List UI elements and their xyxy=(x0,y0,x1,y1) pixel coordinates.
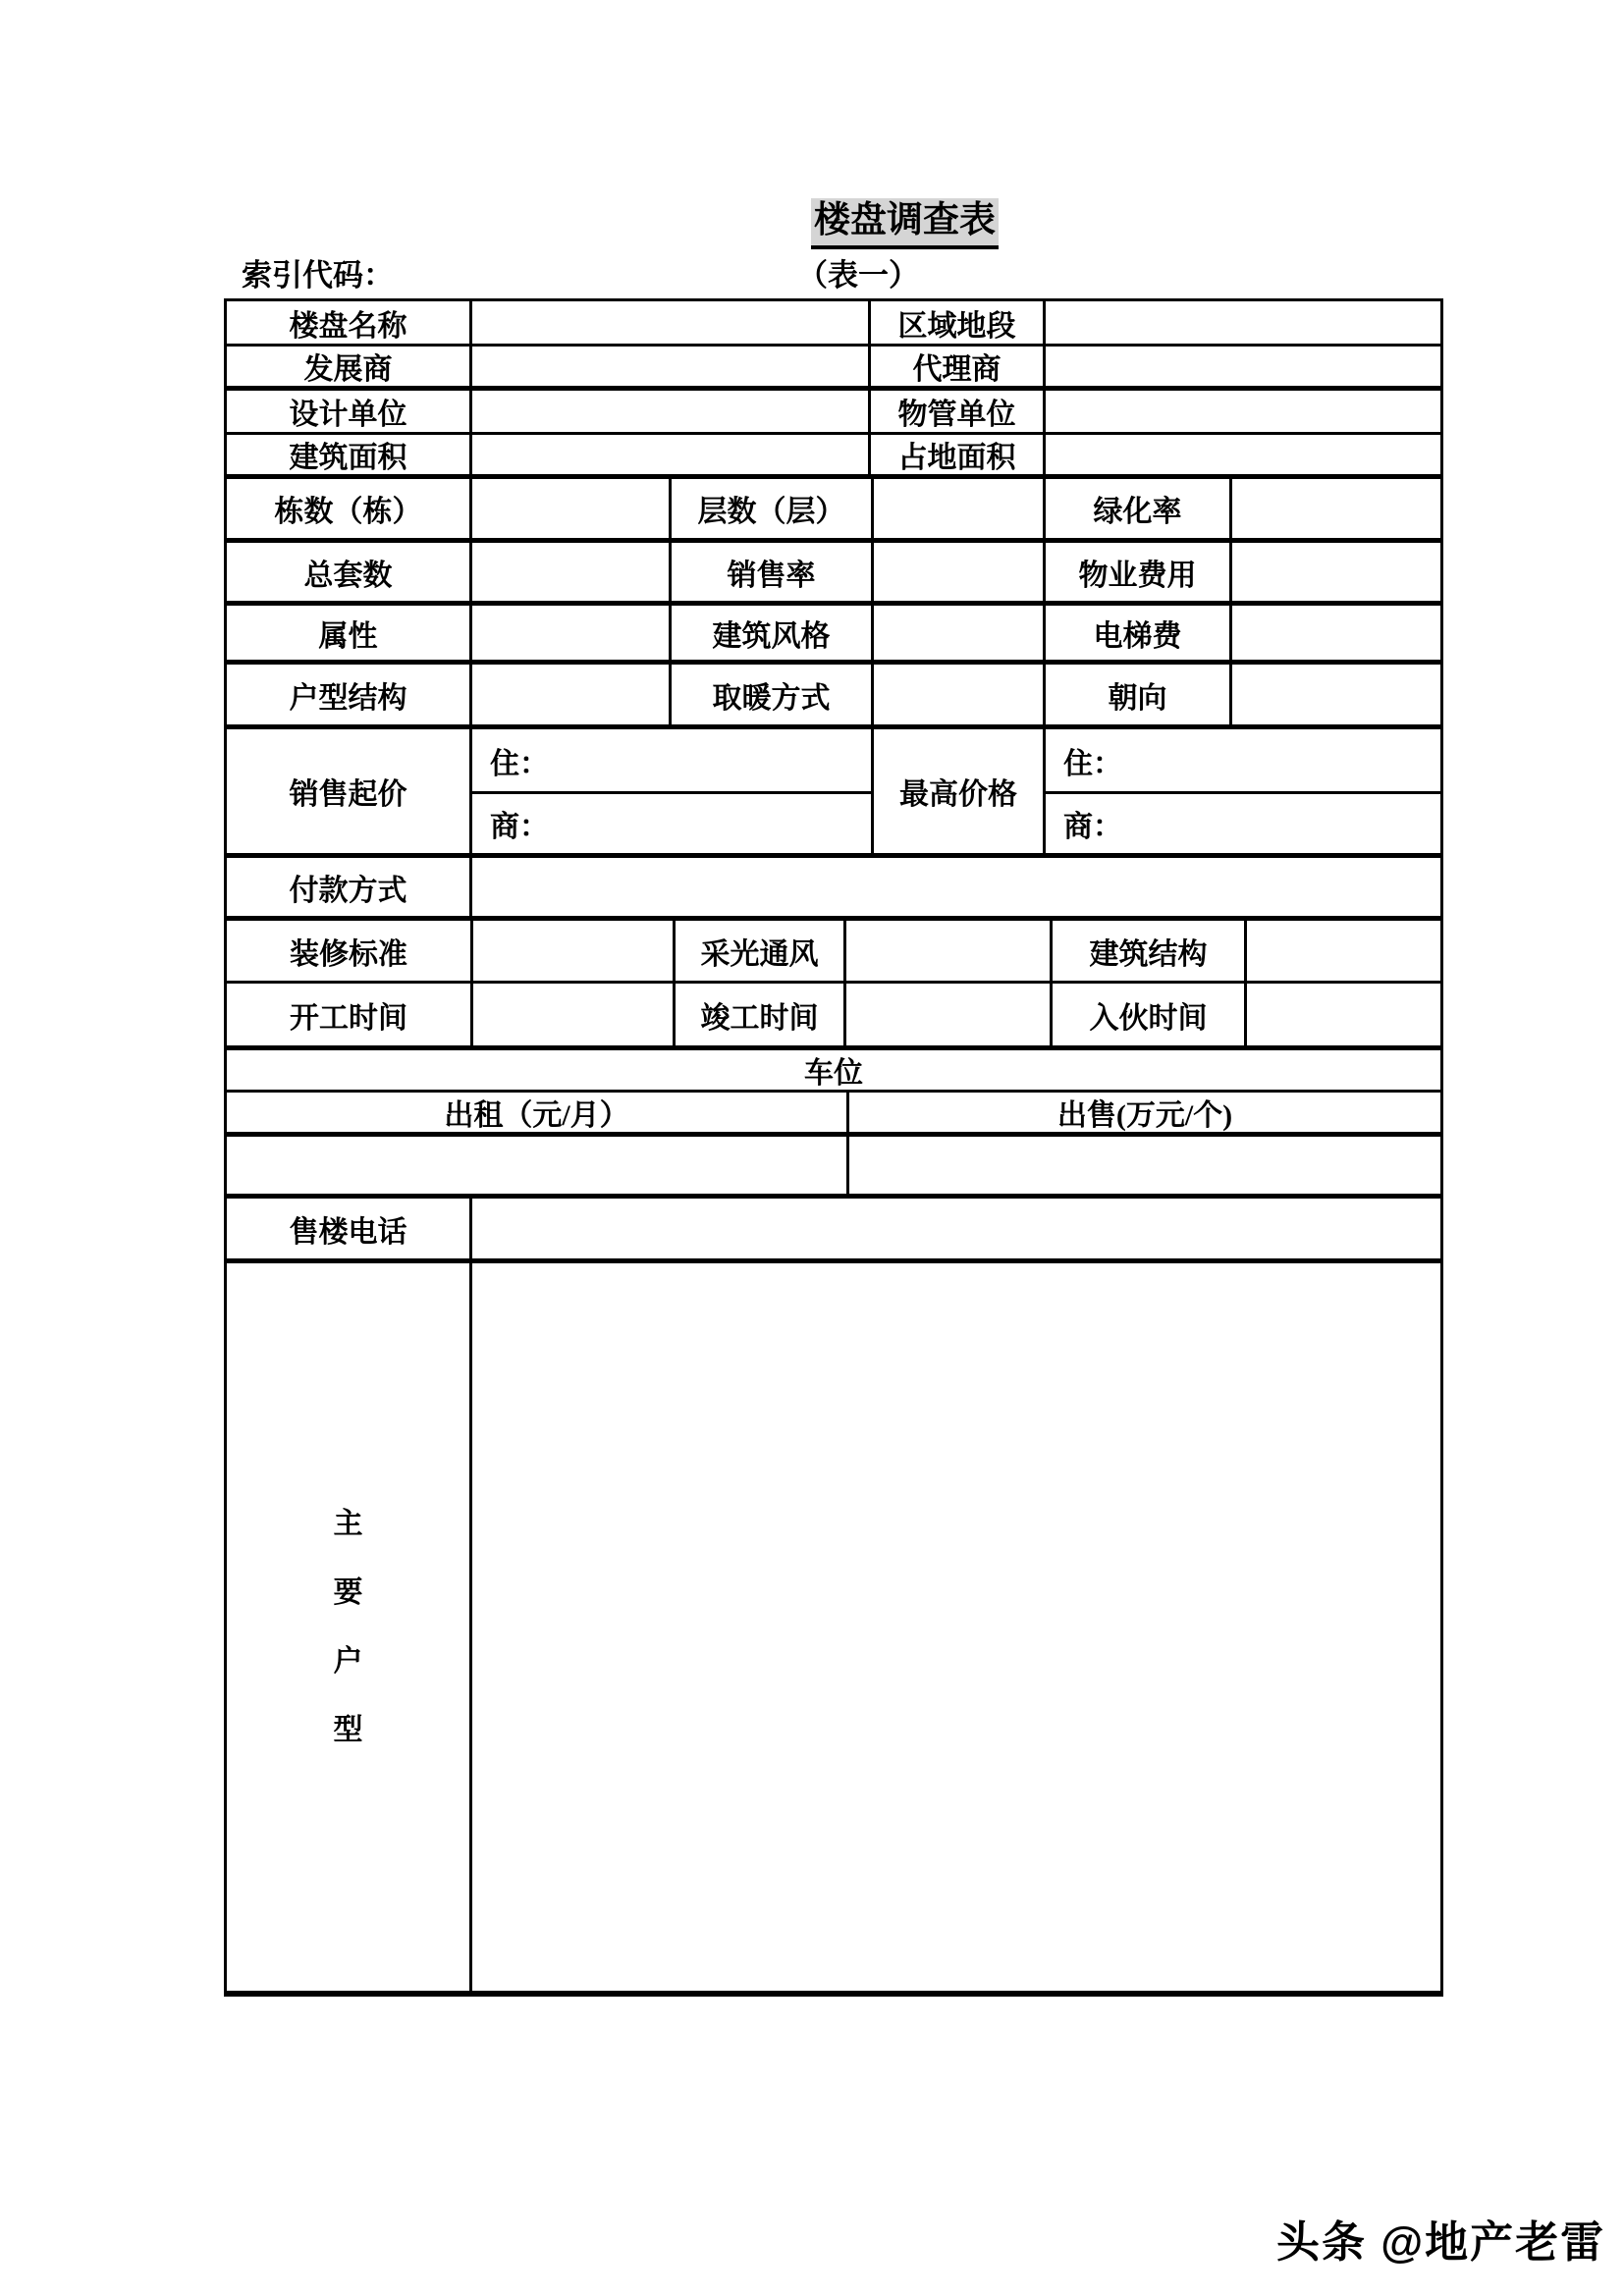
starting-price-residential: 住： xyxy=(472,729,871,794)
label-decoration-standard: 装修标准 xyxy=(227,921,473,981)
index-code-label: 索引代码： xyxy=(242,257,394,294)
label-start-date: 开工时间 xyxy=(227,984,473,1045)
label-sales-phone: 售楼电话 xyxy=(227,1199,472,1258)
label-district: 区域地段 xyxy=(871,301,1046,344)
value-num-buildings xyxy=(472,479,672,538)
value-total-units xyxy=(472,543,672,601)
label-payment-method: 付款方式 xyxy=(227,858,472,916)
label-lighting-ventilation: 采光通风 xyxy=(676,921,846,981)
table-row: 栋数（栋） 层数（层） 绿化率 xyxy=(227,479,1440,543)
label-completion-date: 竣工时间 xyxy=(676,984,846,1045)
label-building-area: 建筑面积 xyxy=(227,435,472,474)
starting-price-cells: 住： 商： xyxy=(472,729,874,853)
label-num-floors: 层数（层） xyxy=(672,479,874,538)
label-occupancy-date: 入伙时间 xyxy=(1053,984,1247,1045)
table-row: 户型结构 取暖方式 朝向 xyxy=(227,665,1440,729)
label-property-fee: 物业费用 xyxy=(1046,543,1232,601)
page-title: 楼盘调查表 xyxy=(811,198,999,249)
parking-subheader-row: 出租（元/月） 出售(万元/个) xyxy=(227,1093,1440,1137)
value-district xyxy=(1046,301,1440,344)
value-building-area xyxy=(472,435,871,474)
value-agent xyxy=(1046,347,1440,386)
label-green-rate: 绿化率 xyxy=(1046,479,1232,538)
label-starting-price: 销售起价 xyxy=(227,729,472,853)
label-elevator-fee: 电梯费 xyxy=(1046,606,1232,660)
value-start-date xyxy=(473,984,676,1045)
value-unit-structure xyxy=(472,665,672,724)
value-green-rate xyxy=(1232,479,1440,538)
value-completion-date xyxy=(846,984,1053,1045)
table-row: 总套数 销售率 物业费用 xyxy=(227,543,1440,606)
label-heating: 取暖方式 xyxy=(672,665,874,724)
highest-price-commercial: 商： xyxy=(1046,794,1440,853)
label-orientation: 朝向 xyxy=(1046,665,1232,724)
label-building-name: 楼盘名称 xyxy=(227,301,472,344)
label-property-mgmt: 物管单位 xyxy=(871,391,1046,432)
value-arch-style xyxy=(874,606,1046,660)
label-main-unit-types: 主 要 户 型 xyxy=(227,1263,472,1991)
label-highest-price: 最高价格 xyxy=(874,729,1046,853)
highest-price-cells: 住： 商： xyxy=(1046,729,1440,853)
label-land-area: 占地面积 xyxy=(871,435,1046,474)
document-page: 楼盘调查表 索引代码： （表一） 楼盘名称 区域地段 发展商 代理商 设计单位 … xyxy=(0,0,1624,2296)
value-building-structure xyxy=(1247,921,1440,981)
value-parking-rent xyxy=(227,1137,849,1194)
label-arch-style: 建筑风格 xyxy=(672,606,874,660)
table-row: 发展商 代理商 xyxy=(227,347,1440,391)
table-row: 属性 建筑风格 电梯费 xyxy=(227,606,1440,665)
label-sales-rate: 销售率 xyxy=(672,543,874,601)
label-developer: 发展商 xyxy=(227,347,472,386)
value-attribute xyxy=(472,606,672,660)
label-parking-sale: 出售(万元/个) xyxy=(849,1093,1440,1132)
label-total-units: 总套数 xyxy=(227,543,472,601)
value-property-fee xyxy=(1232,543,1440,601)
parking-values-row xyxy=(227,1137,1440,1199)
label-parking: 车位 xyxy=(227,1050,1440,1090)
value-payment-method xyxy=(472,858,1440,916)
label-num-buildings: 栋数（栋） xyxy=(227,479,472,538)
label-attribute: 属性 xyxy=(227,606,472,660)
value-occupancy-date xyxy=(1247,984,1440,1045)
value-sales-phone xyxy=(472,1199,1440,1258)
value-designer xyxy=(472,391,871,432)
label-parking-rent: 出租（元/月） xyxy=(227,1093,849,1132)
value-heating xyxy=(874,665,1046,724)
value-building-name xyxy=(472,301,871,344)
value-property-mgmt xyxy=(1046,391,1440,432)
value-developer xyxy=(472,347,871,386)
table-row: 装修标准 采光通风 建筑结构 xyxy=(227,921,1440,984)
value-elevator-fee xyxy=(1232,606,1440,660)
label-unit-structure: 户型结构 xyxy=(227,665,472,724)
table-row: 建筑面积 占地面积 xyxy=(227,435,1440,479)
sheet-number-label: （表一） xyxy=(797,257,919,294)
watermark-text: 头条 @地产老雷 xyxy=(1276,2207,1605,2269)
table-row: 楼盘名称 区域地段 xyxy=(227,301,1440,347)
value-orientation xyxy=(1232,665,1440,724)
highest-price-residential: 住： xyxy=(1046,729,1440,794)
survey-table: 楼盘名称 区域地段 发展商 代理商 设计单位 物管单位 建筑面积 占地面积 xyxy=(224,298,1443,1997)
main-unit-types-row: 主 要 户 型 xyxy=(227,1263,1440,1991)
label-agent: 代理商 xyxy=(871,347,1046,386)
starting-price-commercial: 商： xyxy=(472,794,871,853)
table-row: 设计单位 物管单位 xyxy=(227,391,1440,435)
value-lighting-ventilation xyxy=(846,921,1053,981)
table-row: 付款方式 xyxy=(227,858,1440,921)
value-sales-rate xyxy=(874,543,1046,601)
label-designer: 设计单位 xyxy=(227,391,472,432)
parking-header-row: 车位 xyxy=(227,1050,1440,1093)
main-unit-types-vertical-text: 主 要 户 型 xyxy=(334,1490,363,1765)
table-row: 售楼电话 xyxy=(227,1199,1440,1263)
label-building-structure: 建筑结构 xyxy=(1053,921,1247,981)
value-main-unit-types xyxy=(472,1263,1440,1991)
table-row: 开工时间 竣工时间 入伙时间 xyxy=(227,984,1440,1050)
value-num-floors xyxy=(874,479,1046,538)
value-parking-sale xyxy=(849,1137,1440,1194)
value-land-area xyxy=(1046,435,1440,474)
value-decoration-standard xyxy=(473,921,676,981)
price-row: 销售起价 住： 商： 最高价格 住： 商： xyxy=(227,729,1440,858)
